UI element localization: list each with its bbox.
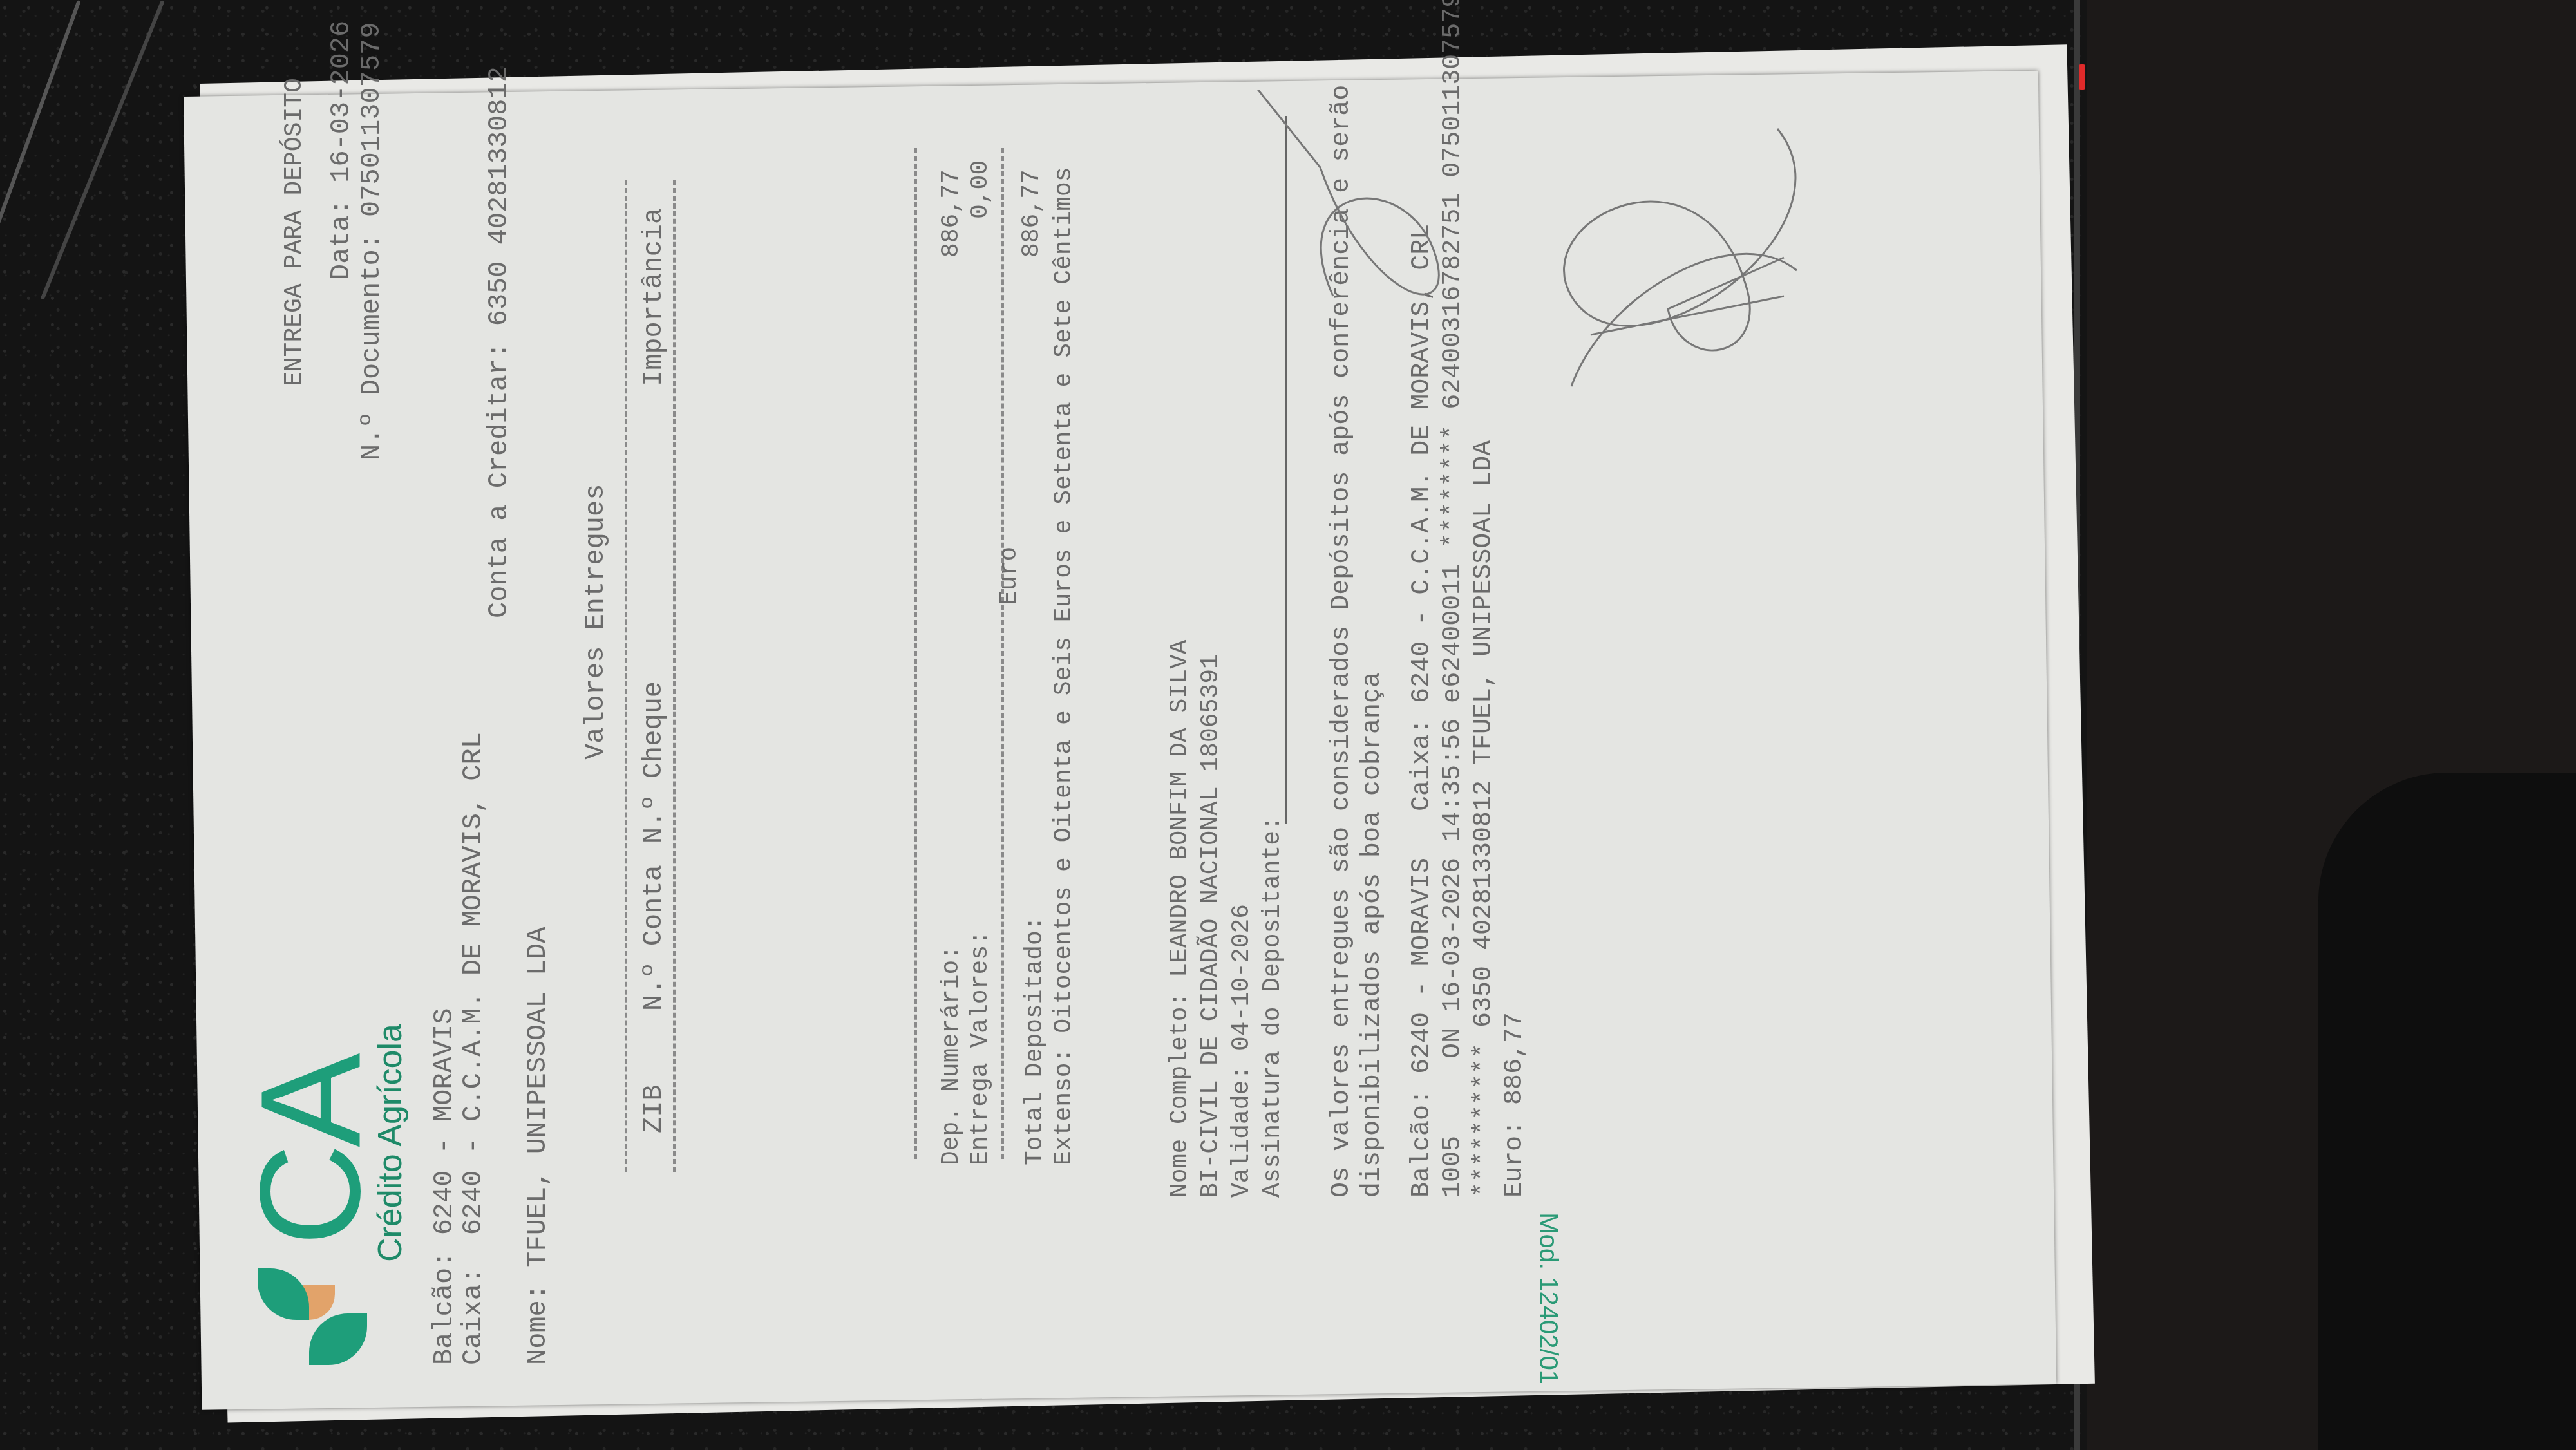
- document-title: ENTREGA PARA DEPÓSITO: [280, 78, 310, 386]
- depositor-id: BI-CIVIL DE CIDADÃO NACIONAL 18065391: [1197, 654, 1226, 1198]
- totals-divider: [1001, 148, 1004, 1159]
- table-divider: [625, 180, 627, 1172]
- footer-branch-line: Balcão: 6240 - MORAVIS Caixa: 6240 - C.C…: [1407, 224, 1438, 1198]
- notice-line-2: disponibilizados após boa cobrança: [1358, 672, 1388, 1198]
- values-table-title: Valores Entregues: [580, 484, 612, 760]
- totals-divider: [914, 148, 917, 1159]
- background-stripe: [41, 0, 165, 300]
- account-holder-name: Nome: TFUEL, UNIPESSOAL LDA: [522, 927, 554, 1365]
- deposit-receipt: CA Crédito Agrícola ENTREGA PARA DEPÓSIT…: [187, 90, 2054, 1391]
- column-header-account: N.º Conta: [638, 865, 670, 1011]
- background-shadow: [2318, 773, 2576, 1450]
- depositor-id-validity: Validade: 04-10-2026: [1227, 904, 1257, 1198]
- logo-leaf-green-icon: [309, 1313, 367, 1365]
- branch-caixa: Caixa: 6240 - C.C.A.M. DE MORAVIS, CRL: [457, 732, 489, 1365]
- logo-leaf-green-icon: [258, 1268, 309, 1320]
- footer-transaction-line: 1005 ON 16-03-2026 14:35:56 e62400011 **…: [1438, 0, 1469, 1198]
- logo-subtitle: Crédito Agrícola: [370, 1024, 410, 1262]
- footer-account-line: ********** 6350 40281330812 TFUEL, UNIPE…: [1469, 440, 1500, 1198]
- total-deposited-value: 886,77: [1018, 169, 1047, 258]
- branch-balcao: Balcão: 6240 - MORAVIS: [428, 1008, 460, 1366]
- red-marker: [2079, 64, 2085, 90]
- cash-deposit-value: 886,77: [937, 169, 967, 258]
- other-values-value: 0,00: [966, 160, 996, 219]
- form-code: Mod. 12402/01: [1533, 1212, 1564, 1384]
- table-divider: [673, 180, 676, 1172]
- account-to-credit: Conta a Creditar: 6350 40281330812: [483, 66, 515, 618]
- other-values-label: Entrega Valores:: [966, 930, 996, 1165]
- column-header-cheque: N.º Cheque: [638, 681, 670, 843]
- currency-label: Euro: [995, 547, 1025, 605]
- notice-line-1: Os valores entregues são considerados De…: [1327, 85, 1358, 1198]
- bank-logo: CA Crédito Agrícola: [232, 1030, 399, 1365]
- column-header-zib: ZIB: [638, 1084, 670, 1133]
- document-number: N.º Documento: 07501130757​9: [355, 22, 388, 460]
- cash-deposit-label: Dep. Numerário:: [937, 945, 967, 1165]
- signature-line: [1285, 116, 1287, 824]
- depositor-signature-label: Assinatura do Depositante:: [1258, 816, 1288, 1198]
- amount-in-words: Extenso: Oitocentos e Oitenta e Seis Eur…: [1050, 167, 1079, 1165]
- total-deposited-label: Total Depositado:: [1021, 916, 1050, 1165]
- background-stripe: [0, 0, 81, 231]
- footer-amount-line: Euro: 886,77: [1500, 1012, 1531, 1198]
- depositor-full-name: Nome Completo: LEANDRO BONFIM DA SILVA: [1166, 639, 1195, 1198]
- document-date: Data: 16-03-2026: [325, 21, 357, 280]
- column-header-amount: Importância: [638, 208, 670, 386]
